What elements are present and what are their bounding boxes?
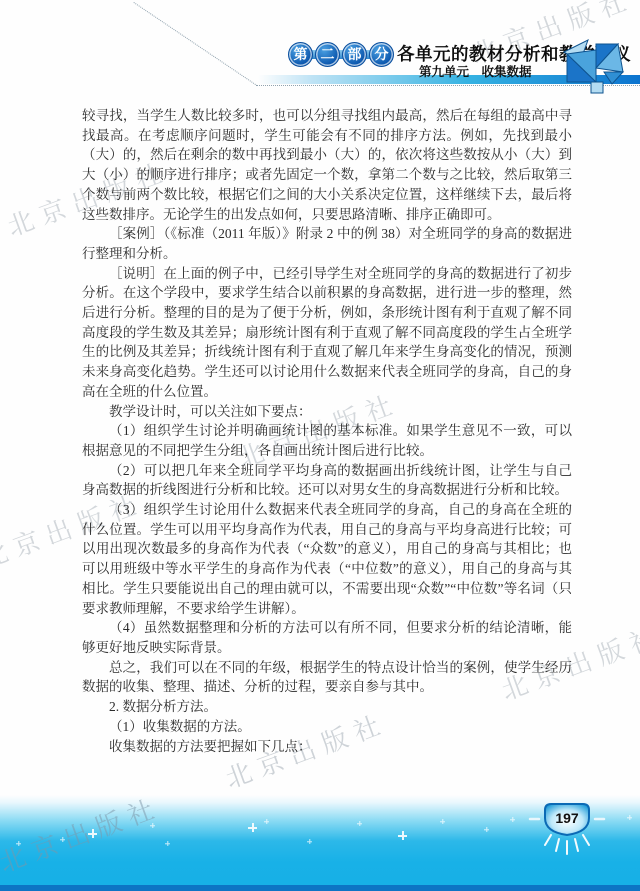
book-page: 北京出版社 北京出版社 北京出版社 北京出版社 北京出版社 北京出版社 北京出版… [0,0,640,891]
paragraph: （1）组织学生讨论并明确画统计图的基本标准。如果学生意见不一致，可以根据意见的不… [82,421,572,460]
paragraph: 教学设计时，可以关注如下要点： [82,402,572,422]
sparkle-icon [88,829,97,838]
sparkle-icon [627,815,632,820]
footer-band: 197 [0,795,640,891]
paragraph: （2）可以把几年来全班同学平均身高的数据画出折线统计图，让学生与自己身高数据的折… [82,461,572,500]
sparkle-icon [307,839,312,844]
sparkle-icon [150,823,155,828]
paragraph: 收集数据的方法要把握如下几点： [82,737,572,757]
paragraph: ［说明］在上面的例子中，已经引导学生对全班同学的身高的数据进行了初步分析。在这个… [82,264,572,402]
sparkle-icon [165,841,170,846]
page-lamp-icon: 197 [524,801,610,861]
badge-circle: 第 [288,42,313,67]
paragraph: ［案例］（《标准（2011 年版）》附录 2 中的例 38）对全班同学的身高的数… [82,224,572,263]
paragraph: （4）虽然数据整理和分析的方法可以有所不同，但要求分析的结论清晰，能够更好地反映… [82,618,572,657]
paragraph: （1）收集数据的方法。 [82,717,572,737]
badge-circle: 部 [342,42,367,67]
body-text: 较寻找，当学生人数比较多时，也可以分组寻找组内最高，然后在每组的最高中寻找最高。… [82,106,572,756]
paragraph: （3）组织学生讨论用什么数据来代表全班同学的身高，自己的身高在全班的什么位置。学… [82,500,572,618]
page-number: 197 [555,810,579,826]
sparkle-icon [510,817,515,822]
unit-subtitle: 第九单元 收集数据 [419,62,532,80]
header-diagonal-rule [133,2,257,86]
sparkle-icon [357,821,362,826]
sparkle-icon [440,819,445,824]
tangram-icon [560,36,640,94]
sparkle-icon [248,823,257,832]
paragraph: 较寻找，当学生人数比较多时，也可以分组寻找组内最高，然后在每组的最高中寻找最高。… [82,106,572,224]
sparkle-icon [484,827,489,832]
paragraph: 总之，我们可以在不同的年级，根据学生的特点设计恰当的案例，使学生经历数据的收集、… [82,658,572,697]
sparkle-icon [16,841,21,846]
sparkle-icon [398,831,407,840]
sparkle-icon [60,837,65,842]
badge-circle: 分 [369,42,394,67]
badge-circle: 二 [315,42,340,67]
part-badge: 第 二 部 分 [288,42,396,67]
sparkle-icon [264,819,269,824]
footer-bottom-strip [0,885,640,891]
paragraph: 2. 数据分析方法。 [82,697,572,717]
